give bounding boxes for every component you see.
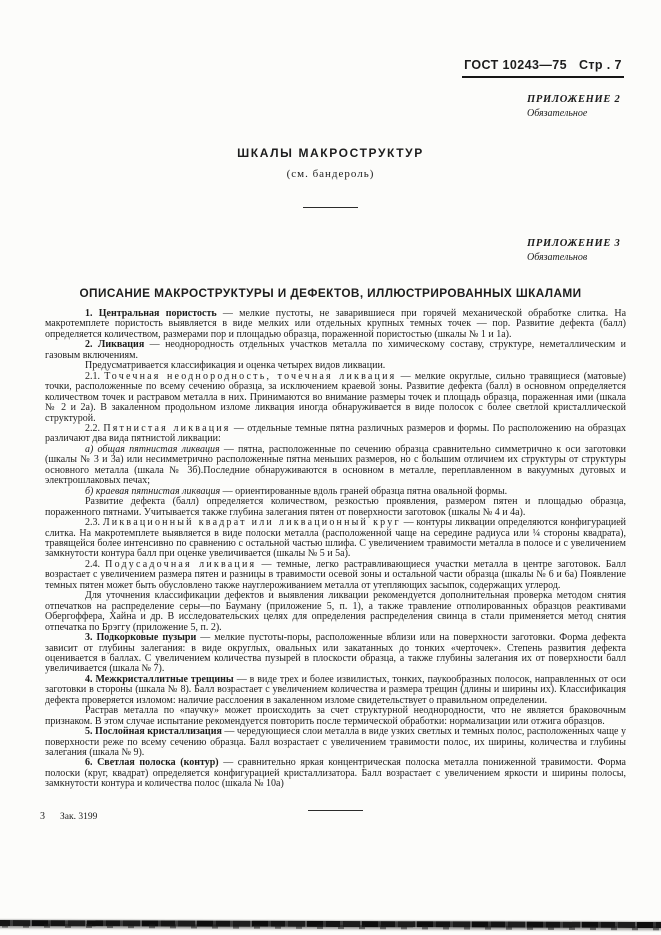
appendix-2-title: ПРИЛОЖЕНИЕ 2 xyxy=(527,94,620,105)
document-header: ГОСТ 10243—75Стр . 7 xyxy=(462,58,624,78)
paragraph-lead: Пятнистая ликвация xyxy=(103,423,230,434)
paragraph: Растрав металла по «паучку» может происх… xyxy=(45,706,626,727)
paragraph-lead: Подусадочная ликвация xyxy=(105,559,256,570)
paragraph: 2.4. Подусадочная ликвация — темные, лег… xyxy=(45,560,626,591)
paragraph: 2.2. Пятнистая ликвация — отдельные темн… xyxy=(45,424,626,445)
section-divider xyxy=(303,207,358,208)
paragraph-text: Развитие дефекта (балл) определяется кол… xyxy=(45,496,626,517)
appendix-2-note: Обязательное xyxy=(527,108,620,119)
paragraph: 5. Послойная кристаллизация — чередующие… xyxy=(45,727,626,758)
body-text: 1. Центральная пористость — мелкие пусто… xyxy=(45,309,626,811)
appendix-2-block: ПРИЛОЖЕНИЕ 2 Обязательное xyxy=(527,94,620,119)
paragraph: а) общая пятнистая ликвация — пятна, рас… xyxy=(45,445,626,487)
paragraph-text: Предусматривается классификация и оценка… xyxy=(85,360,385,371)
appendix-3-block: ПРИЛОЖЕНИЕ 3 Обязательнов xyxy=(527,238,620,263)
end-of-text-divider xyxy=(308,810,363,811)
paragraph-lead: 2. Ликвация xyxy=(85,339,144,350)
paragraph-lead: 4. Межкристаллитные трещины xyxy=(85,674,234,685)
paragraph-number: 2.1. xyxy=(85,371,104,382)
paragraph: Для уточнения классификации дефектов и в… xyxy=(45,591,626,633)
paragraph: 1. Центральная пористость — мелкие пусто… xyxy=(45,309,626,340)
paragraph-lead: 1. Центральная пористость xyxy=(85,308,217,319)
main-heading: ОПИСАНИЕ МАКРОСТРУКТУРЫ И ДЕФЕКТОВ, ИЛЛЮ… xyxy=(0,286,661,300)
paragraph-lead: 5. Послойная кристаллизация xyxy=(85,726,222,737)
appendix-3-note: Обязательнов xyxy=(527,252,620,263)
paragraph: 6. Светлая полоска (контур) — сравнитель… xyxy=(45,758,626,789)
paragraph-number: 2.2. xyxy=(85,423,103,434)
page-number: Стр . 7 xyxy=(579,58,622,72)
paragraph: 2.1. Точечная неоднородность, точечная л… xyxy=(45,372,626,424)
page-footer: 3Зак. 3199 xyxy=(40,811,97,822)
paragraph: 4. Межкристаллитные трещины — в виде тре… xyxy=(45,675,626,706)
document-page: ГОСТ 10243—75Стр . 7 ПРИЛОЖЕНИЕ 2 Обязат… xyxy=(0,0,661,935)
paragraph-text: Для уточнения классификации дефектов и в… xyxy=(45,590,626,632)
paragraph: 3. Подкорковые пузыри — мелкие пустоты-п… xyxy=(45,633,626,675)
paragraph-lead: Ликвационный квадрат или ликвационный кр… xyxy=(103,517,401,528)
sheet-number: 3 xyxy=(40,811,45,822)
paragraph: Развитие дефекта (балл) определяется кол… xyxy=(45,497,626,518)
scales-title: ШКАЛЫ МАКРОСТРУКТУР xyxy=(0,146,661,160)
paragraph-lead: 3. Подкорковые пузыри xyxy=(85,632,196,643)
paragraph: 2. Ликвация — неоднородность отдельных у… xyxy=(45,340,626,361)
scan-artifact-bottom-edge xyxy=(0,920,661,928)
paragraph-lead: 6. Светлая полоска (контур) xyxy=(85,757,219,768)
paragraph-text: Растрав металла по «паучку» может происх… xyxy=(45,705,626,726)
standard-number: ГОСТ 10243—75 xyxy=(464,58,567,72)
paragraph-number: 2.3. xyxy=(85,517,103,528)
paragraph-lead: Точечная неоднородность, точечная ликвац… xyxy=(104,371,396,382)
paragraph-text: — ориентированные вдоль граней образца п… xyxy=(220,486,507,497)
paragraph-number: 2.4. xyxy=(85,559,105,570)
appendix-3-title: ПРИЛОЖЕНИЕ 3 xyxy=(527,238,620,249)
order-reference: Зак. 3199 xyxy=(60,812,97,822)
paragraph-lead: б) краевая пятнистая ликвация xyxy=(85,486,220,497)
paragraph-lead: а) общая пятнистая ликвация xyxy=(85,444,220,455)
scales-subtitle: (см. бандероль) xyxy=(0,168,661,180)
paragraph: 2.3. Ликвационный квадрат или ликвационн… xyxy=(45,518,626,560)
